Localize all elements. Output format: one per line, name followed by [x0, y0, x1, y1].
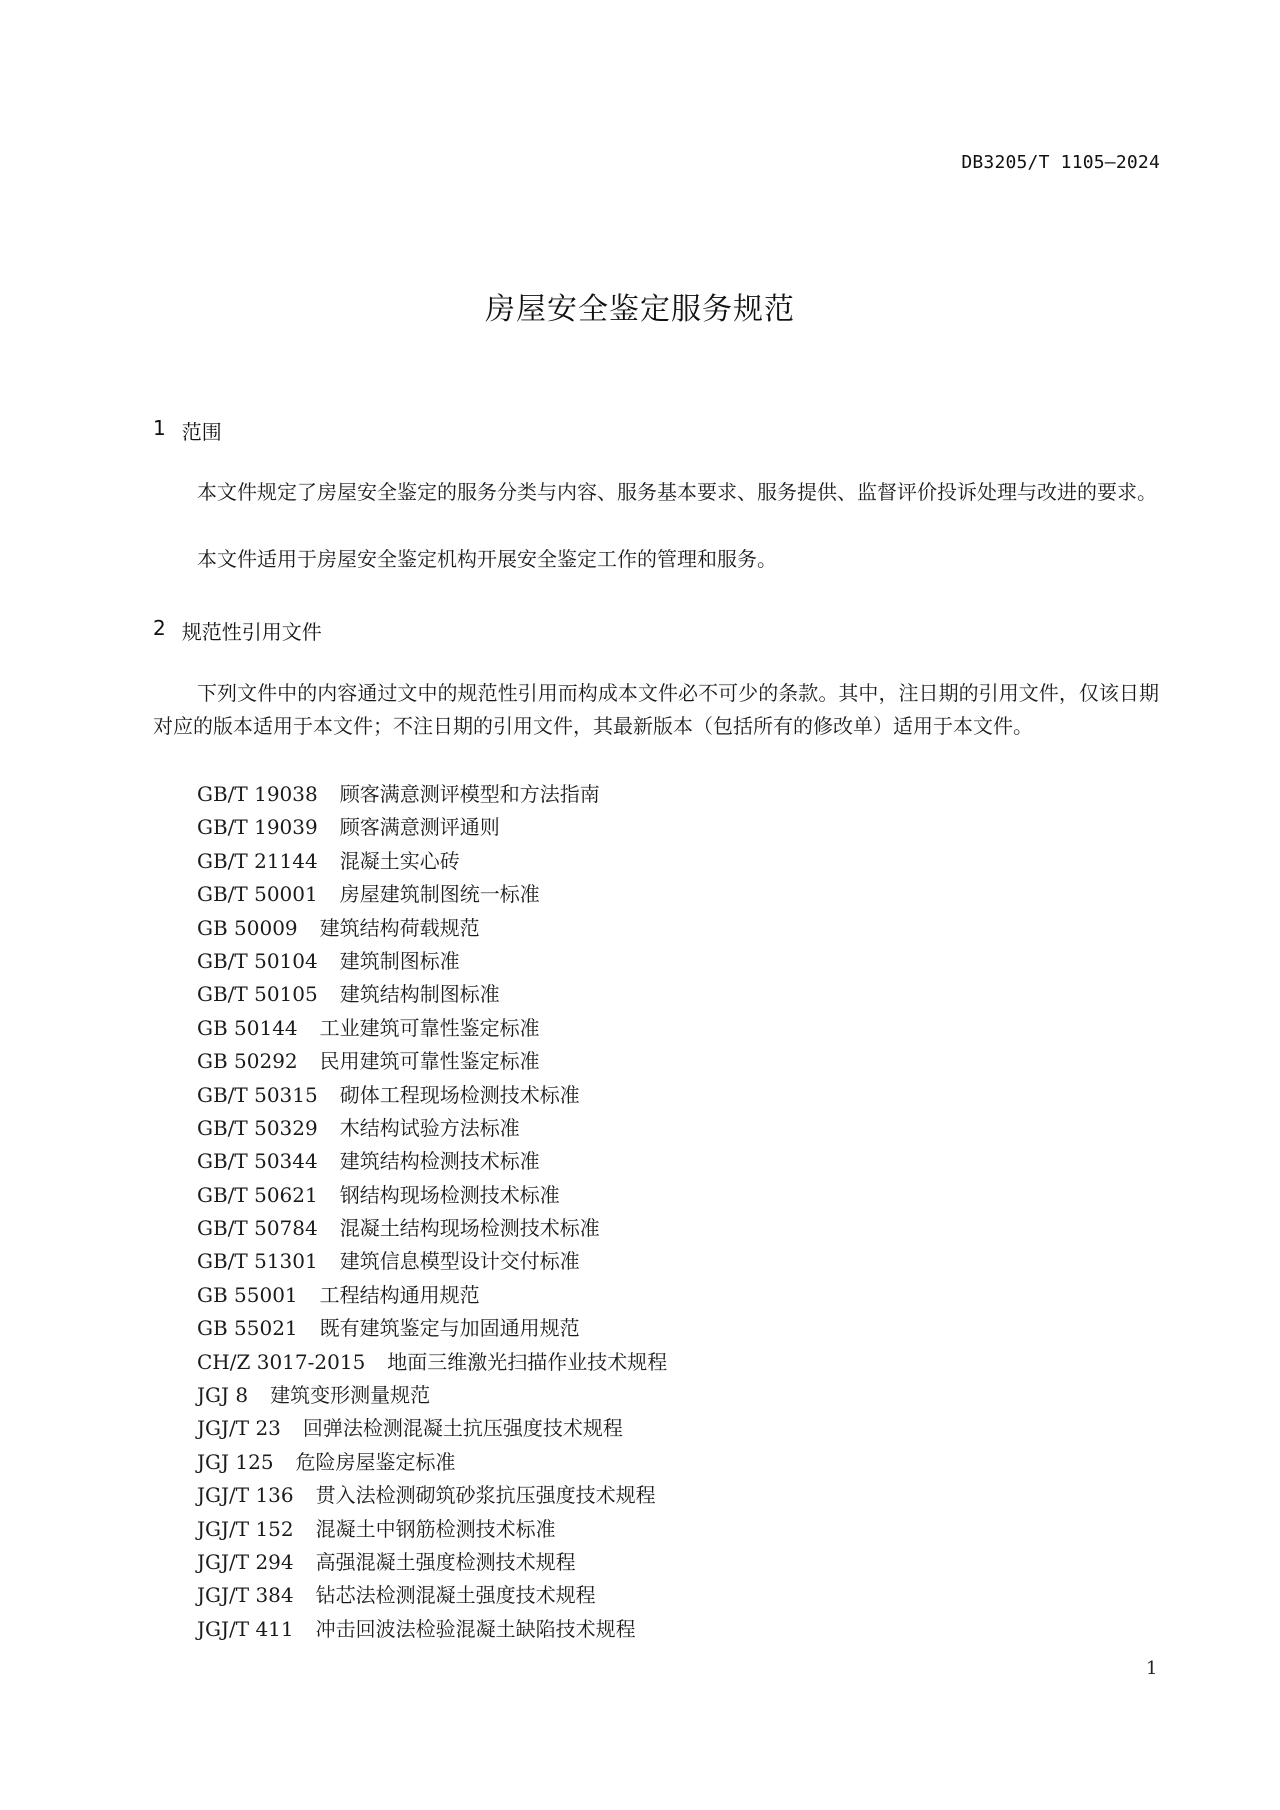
reference-code: JGJ/T 152 [197, 1517, 294, 1541]
reference-code: JGJ/T 136 [197, 1483, 294, 1507]
reference-code: GB 50292 [197, 1049, 298, 1073]
reference-code: GB 50144 [197, 1016, 298, 1040]
reference-item: JGJ/T 152混凝土中钢筋检测技术标准 [197, 1513, 667, 1546]
reference-item: GB 55001工程结构通用规范 [197, 1279, 667, 1312]
reference-list: GB/T 19038顾客满意测评模型和方法指南 GB/T 19039顾客满意测评… [197, 778, 667, 1646]
section-number: 2 [153, 616, 166, 645]
reference-code: JGJ 125 [197, 1450, 274, 1474]
section-heading-scope: 1 范围 [153, 416, 222, 445]
reference-code: JGJ/T 23 [197, 1416, 281, 1440]
reference-title: 建筑信息模型设计交付标准 [340, 1249, 580, 1273]
reference-title: 建筑结构荷载规范 [320, 916, 480, 940]
reference-item: GB/T 51301建筑信息模型设计交付标准 [197, 1245, 667, 1278]
reference-code: CH/Z 3017-2015 [197, 1350, 365, 1374]
reference-item: JGJ/T 294高强混凝土强度检测技术规程 [197, 1546, 667, 1579]
reference-item: GB/T 19039顾客满意测评通则 [197, 811, 667, 844]
reference-title: 砌体工程现场检测技术标准 [340, 1083, 580, 1107]
reference-title: 建筑变形测量规范 [270, 1383, 430, 1407]
page-number: 1 [1146, 1658, 1157, 1679]
document-title: 房屋安全鉴定服务规范 [0, 284, 1280, 328]
scope-paragraph-2: 本文件适用于房屋安全鉴定机构开展安全鉴定工作的管理和服务。 [153, 543, 1159, 576]
section-number: 1 [153, 416, 166, 445]
reference-code: JGJ/T 294 [197, 1550, 294, 1574]
section-heading-normative-references: 2 规范性引用文件 [153, 616, 322, 645]
reference-title: 冲击回波法检验混凝土缺陷技术规程 [316, 1617, 636, 1641]
document-page: DB3205/T 1105—2024 房屋安全鉴定服务规范 1 范围 本文件规定… [0, 0, 1280, 1810]
reference-code: GB/T 21144 [197, 849, 318, 873]
reference-item: JGJ/T 384钻芯法检测混凝土强度技术规程 [197, 1579, 667, 1612]
reference-item: GB/T 50315砌体工程现场检测技术标准 [197, 1079, 667, 1112]
reference-title: 贯入法检测砌筑砂浆抗压强度技术规程 [316, 1483, 656, 1507]
reference-code: GB/T 50329 [197, 1116, 318, 1140]
reference-title: 顾客满意测评模型和方法指南 [340, 782, 600, 806]
reference-item: GB/T 50105建筑结构制图标准 [197, 978, 667, 1011]
reference-title: 地面三维激光扫描作业技术规程 [387, 1350, 667, 1374]
reference-title: 工业建筑可靠性鉴定标准 [320, 1016, 540, 1040]
reference-item: GB 50144工业建筑可靠性鉴定标准 [197, 1012, 667, 1045]
section-title: 规范性引用文件 [182, 616, 322, 645]
section-title: 范围 [182, 416, 222, 445]
reference-code: GB/T 19039 [197, 815, 318, 839]
reference-title: 危险房屋鉴定标准 [296, 1450, 456, 1474]
reference-code: GB/T 50344 [197, 1149, 318, 1173]
reference-item: JGJ 8建筑变形测量规范 [197, 1379, 667, 1412]
reference-item: GB/T 50001房屋建筑制图统一标准 [197, 878, 667, 911]
reference-item: CH/Z 3017-2015地面三维激光扫描作业技术规程 [197, 1346, 667, 1379]
reference-item: GB/T 50621钢结构现场检测技术标准 [197, 1179, 667, 1212]
reference-code: JGJ/T 384 [197, 1583, 294, 1607]
reference-item: JGJ/T 411冲击回波法检验混凝土缺陷技术规程 [197, 1613, 667, 1646]
reference-title: 钻芯法检测混凝土强度技术规程 [316, 1583, 596, 1607]
reference-code: GB/T 50104 [197, 949, 318, 973]
reference-title: 建筑结构检测技术标准 [340, 1149, 540, 1173]
scope-paragraph-1: 本文件规定了房屋安全鉴定的服务分类与内容、服务基本要求、服务提供、监督评价投诉处… [153, 476, 1159, 509]
reference-code: GB/T 50001 [197, 882, 318, 906]
reference-code: JGJ/T 411 [197, 1617, 294, 1641]
reference-title: 混凝土中钢筋检测技术标准 [316, 1517, 556, 1541]
reference-item: GB 50292民用建筑可靠性鉴定标准 [197, 1045, 667, 1078]
reference-code: GB/T 19038 [197, 782, 318, 806]
reference-title: 民用建筑可靠性鉴定标准 [320, 1049, 540, 1073]
reference-title: 混凝土结构现场检测技术标准 [340, 1216, 600, 1240]
reference-title: 钢结构现场检测技术标准 [340, 1183, 560, 1207]
reference-item: GB 50009建筑结构荷载规范 [197, 912, 667, 945]
reference-code: GB/T 50784 [197, 1216, 318, 1240]
reference-item: GB/T 50344建筑结构检测技术标准 [197, 1145, 667, 1178]
reference-title: 混凝土实心砖 [340, 849, 460, 873]
reference-code: GB/T 50105 [197, 982, 318, 1006]
reference-code: GB 50009 [197, 916, 298, 940]
reference-code: JGJ 8 [197, 1383, 248, 1407]
reference-title: 既有建筑鉴定与加固通用规范 [320, 1316, 580, 1340]
reference-title: 建筑制图标准 [340, 949, 460, 973]
reference-item: GB/T 50104建筑制图标准 [197, 945, 667, 978]
reference-title: 房屋建筑制图统一标准 [340, 882, 540, 906]
reference-item: JGJ 125危险房屋鉴定标准 [197, 1446, 667, 1479]
reference-item: GB/T 50784混凝土结构现场检测技术标准 [197, 1212, 667, 1245]
reference-title: 建筑结构制图标准 [340, 982, 500, 1006]
reference-code: GB/T 50621 [197, 1183, 318, 1207]
reference-item: JGJ/T 136贯入法检测砌筑砂浆抗压强度技术规程 [197, 1479, 667, 1512]
references-intro-paragraph: 下列文件中的内容通过文中的规范性引用而构成本文件必不可少的条款。其中，注日期的引… [153, 677, 1159, 743]
reference-title: 木结构试验方法标准 [340, 1116, 520, 1140]
reference-code: GB 55021 [197, 1316, 298, 1340]
reference-code: GB/T 51301 [197, 1249, 318, 1273]
reference-item: GB 55021既有建筑鉴定与加固通用规范 [197, 1312, 667, 1345]
reference-title: 工程结构通用规范 [320, 1283, 480, 1307]
reference-item: GB/T 50329木结构试验方法标准 [197, 1112, 667, 1145]
reference-item: GB/T 21144混凝土实心砖 [197, 845, 667, 878]
reference-title: 顾客满意测评通则 [340, 815, 500, 839]
reference-title: 回弹法检测混凝土抗压强度技术规程 [303, 1416, 623, 1440]
reference-code: GB/T 50315 [197, 1083, 318, 1107]
document-code: DB3205/T 1105—2024 [961, 152, 1160, 173]
reference-title: 高强混凝土强度检测技术规程 [316, 1550, 576, 1574]
reference-item: GB/T 19038顾客满意测评模型和方法指南 [197, 778, 667, 811]
reference-item: JGJ/T 23回弹法检测混凝土抗压强度技术规程 [197, 1412, 667, 1445]
reference-code: GB 55001 [197, 1283, 298, 1307]
